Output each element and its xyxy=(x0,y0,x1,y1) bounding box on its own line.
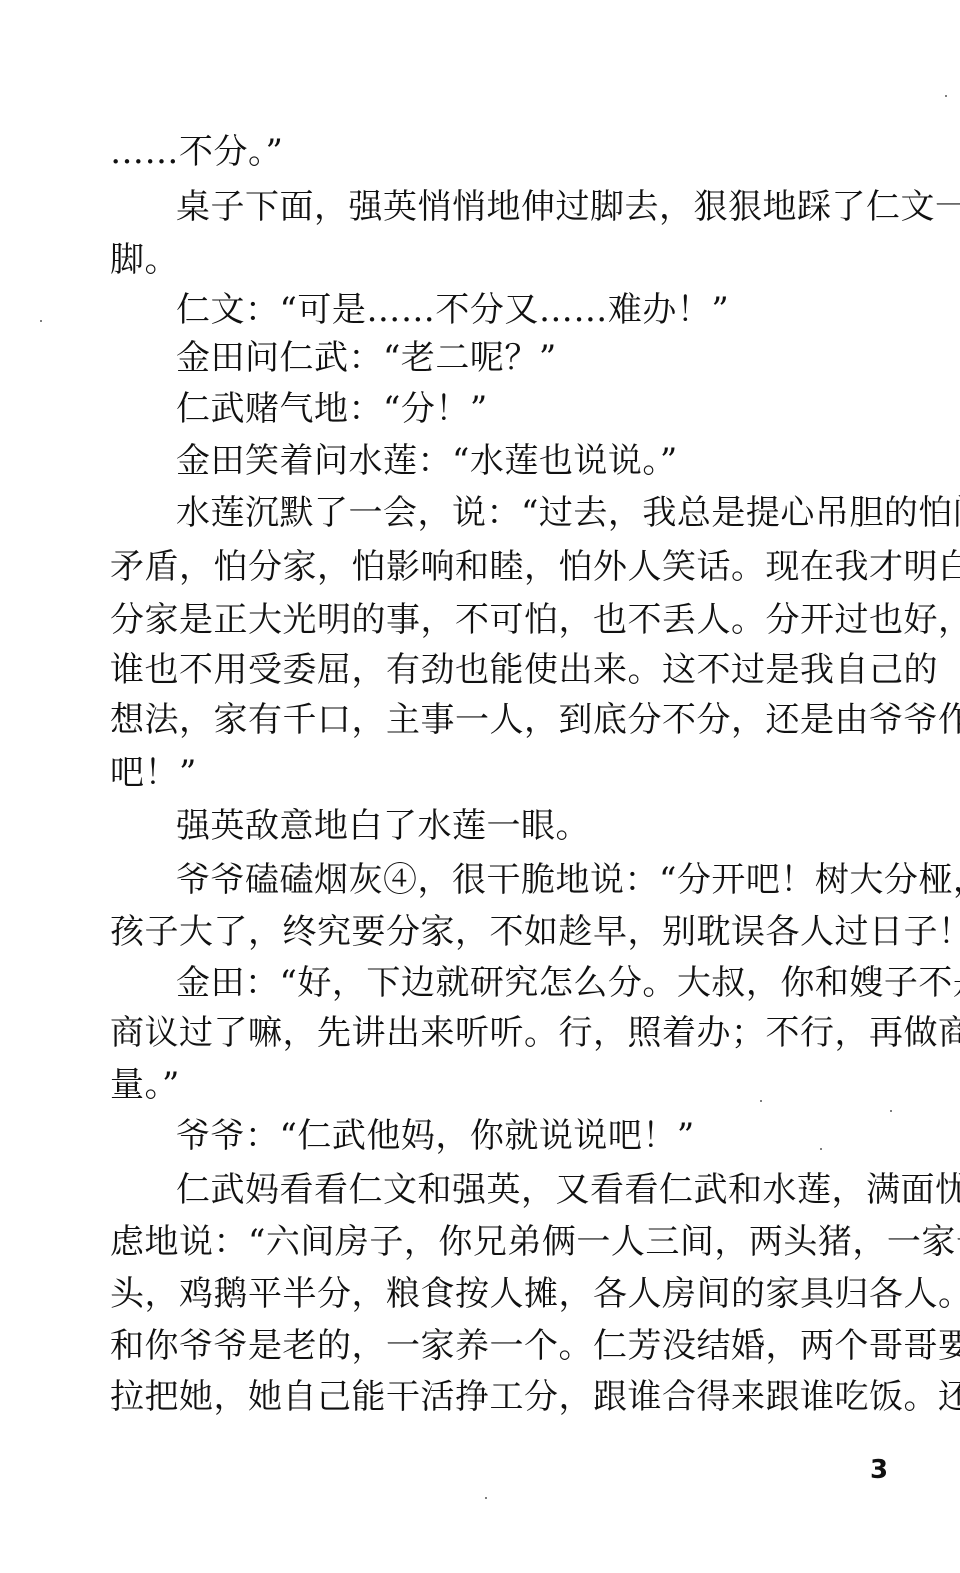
text-line: 谁也不用受委屈，有劲也能使出来。这不过是我自己的 xyxy=(110,650,910,690)
text-line: 孩子大了，终究要分家，不如趁早，别耽误各人过日子！” xyxy=(110,912,910,952)
scan-speck xyxy=(890,1110,892,1112)
text-line: 金田笑着问水莲：“水莲也说说。” xyxy=(176,441,910,481)
text-line: 分家是正大光明的事，不可怕，也不丢人。分开过也好， xyxy=(110,600,910,640)
text-line: 爷爷：“仁武他妈，你就说说吧！” xyxy=(176,1116,910,1156)
text-line: 和你爷爷是老的，一家养一个。仁芳没结婚，两个哥哥要 xyxy=(110,1326,910,1366)
page-number: 3 xyxy=(870,1455,888,1485)
text-line: 仁武妈看看仁文和强英，又看看仁武和水莲，满面忧 xyxy=(176,1170,910,1210)
text-line: 强英敌意地白了水莲一眼。 xyxy=(176,806,910,846)
scan-speck xyxy=(760,1100,762,1102)
text-line: 仁武赌气地：“分！” xyxy=(176,389,910,429)
text-line: 拉把她，她自己能干活挣工分，跟谁合得来跟谁吃饭。还 xyxy=(110,1377,910,1417)
text-line: 虑地说：“六间房子，你兄弟俩一人三间，两头猪，一家一 xyxy=(110,1222,910,1262)
text-line: 金田问仁武：“老二呢？” xyxy=(176,338,910,378)
scan-speck xyxy=(485,1497,487,1499)
text-line: 矛盾，怕分家，怕影响和睦，怕外人笑话。现在我才明白， xyxy=(110,547,910,587)
text-line: 商议过了嘛，先讲出来听听。行，照着办；不行，再做商 xyxy=(110,1013,910,1053)
text-line: 想法，家有千口，主事一人，到底分不分，还是由爷爷作主 xyxy=(110,700,910,740)
text-line: 仁文：“可是……不分又……难办！” xyxy=(176,290,910,330)
scan-speck xyxy=(40,320,42,322)
scan-speck xyxy=(945,95,947,97)
text-line: 桌子下面，强英悄悄地伸过脚去，狠狠地踩了仁文一 xyxy=(176,187,910,227)
scan-speck xyxy=(820,1148,822,1150)
text-line: 吧！” xyxy=(110,753,910,793)
text-line: 头，鸡鹅平半分，粮食按人摊，各人房间的家具归各人。我 xyxy=(110,1274,910,1314)
text-line: 水莲沉默了一会，说：“过去，我总是提心吊胆的怕闹 xyxy=(176,493,910,533)
text-line: 爷爷磕磕烟灰④，很干脆地说：“分开吧！树大分桠， xyxy=(176,860,910,900)
text-line: 脚。 xyxy=(110,240,910,280)
text-line: 量。” xyxy=(110,1065,910,1105)
document-page: ……不分。” 桌子下面，强英悄悄地伸过脚去，狠狠地踩了仁文一 脚。 仁文：“可是… xyxy=(0,0,960,1573)
text-line: 金田：“好，下边就研究怎么分。大叔，你和嫂子不是 xyxy=(176,963,910,1003)
text-line: ……不分。” xyxy=(110,132,910,172)
